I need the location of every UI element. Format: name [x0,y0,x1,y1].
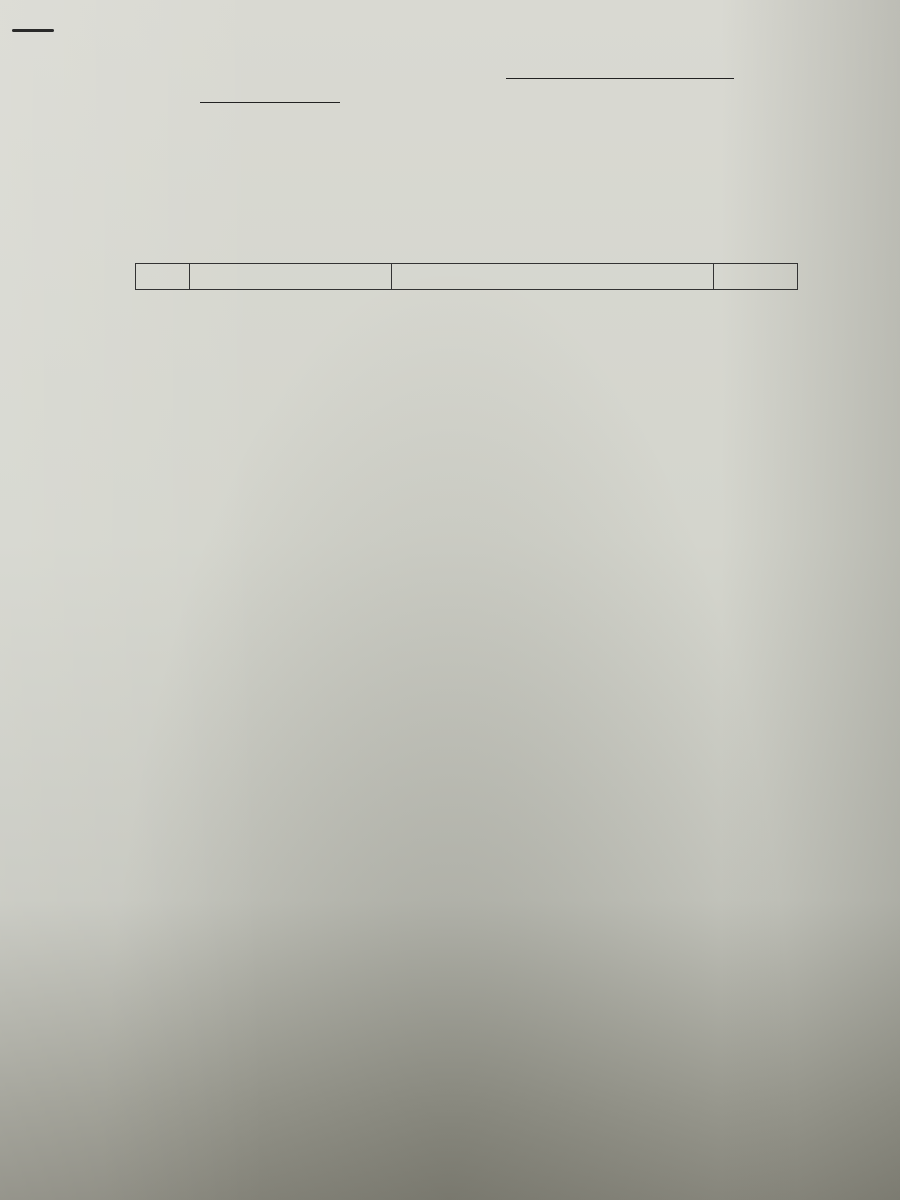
col-item-name [189,264,391,290]
issuer-underline [200,102,340,103]
col-spec [391,264,713,290]
table-header-row [136,264,798,290]
col-stt [136,264,190,290]
handwritten-signature-icon [600,830,840,1010]
motto-underline [506,78,734,79]
document-number [168,104,178,125]
pen-mark [12,29,54,32]
items-table [135,263,798,290]
photo-shading [0,0,900,1200]
col-quantity [713,264,797,290]
letter-body [135,370,811,374]
